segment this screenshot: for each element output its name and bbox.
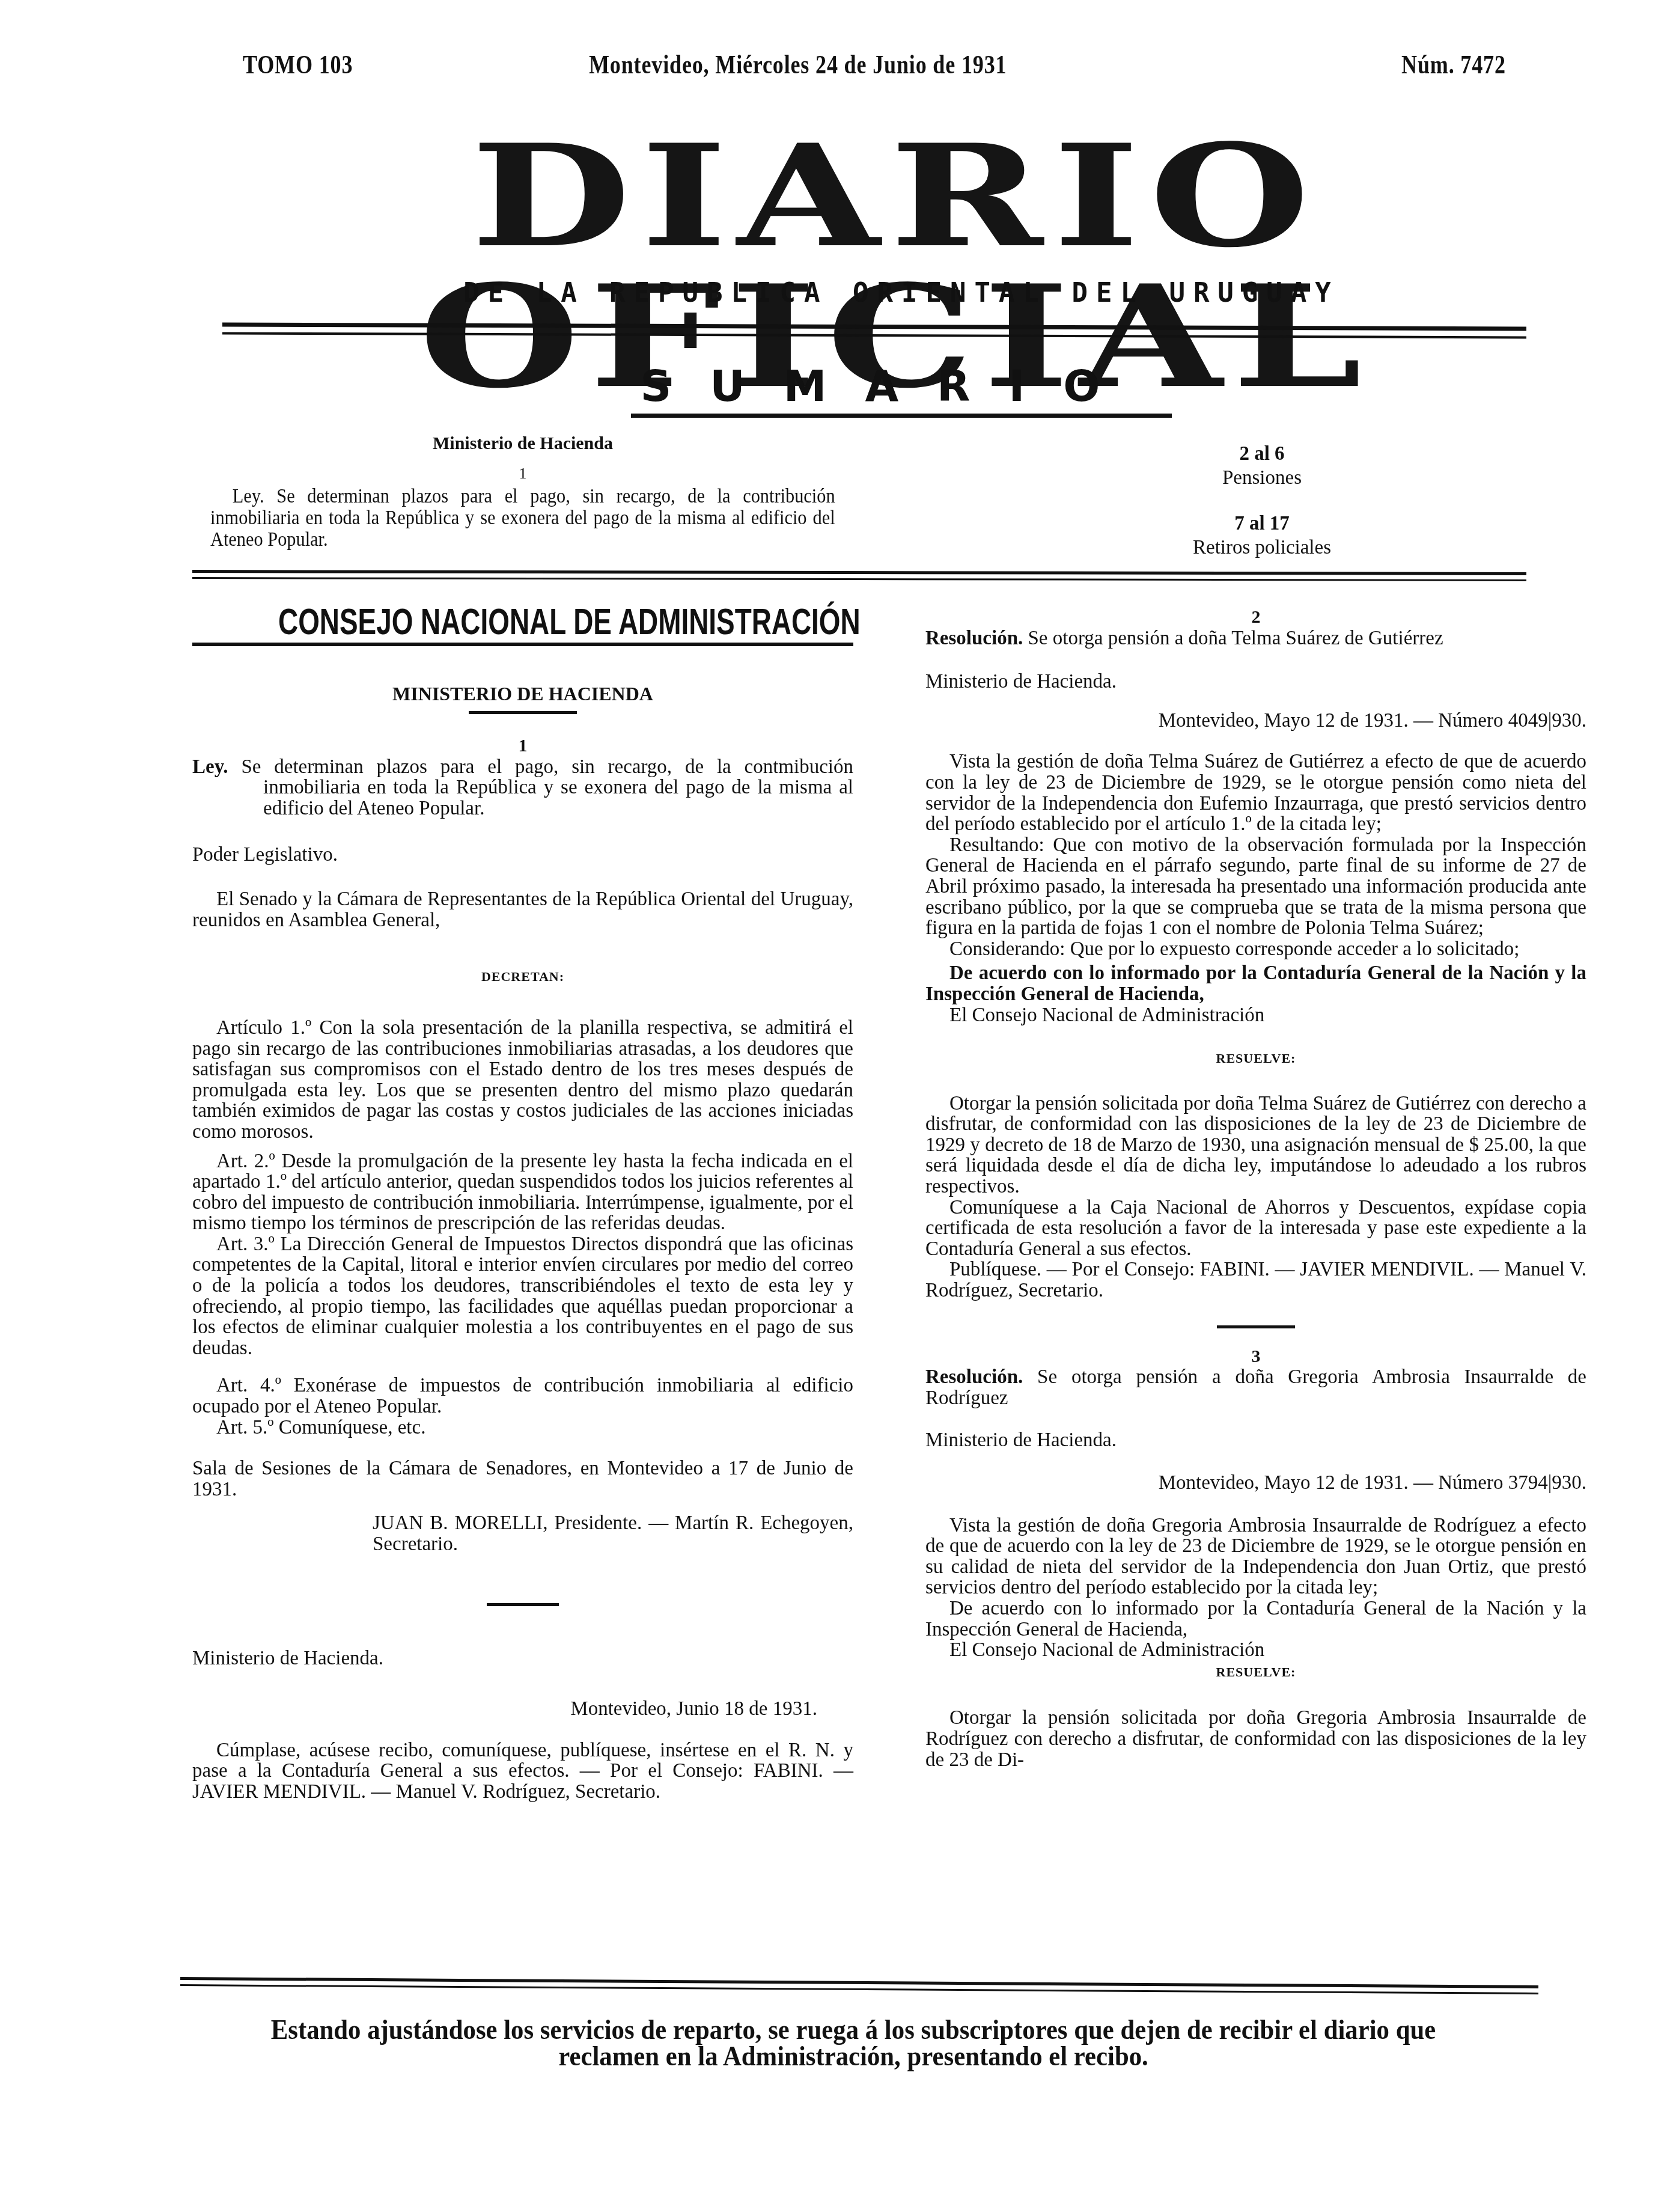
summary-range-label: Pensiones — [1142, 466, 1382, 490]
ministry-line: Ministerio de Hacienda. — [925, 1430, 1586, 1451]
resolution-label: Resolución. — [925, 1366, 1023, 1388]
consejo-line: El Consejo Nacional de Administración — [925, 1005, 1586, 1026]
ley-summary: Ley. Se determinan plazos para el pago, … — [192, 757, 853, 819]
summary-item-text: Ley. Se determinan plazos para el pago, … — [210, 486, 835, 551]
sala-sesiones: Sala de Sesiones de la Cámara de Senador… — [192, 1458, 853, 1500]
date-line: Montevideo, Mayo 12 de 1931. — Número 40… — [925, 710, 1586, 732]
volume-number: TOMO 103 — [243, 49, 353, 80]
ministry-heading-rule — [469, 711, 577, 714]
divider — [487, 1603, 559, 1606]
otorgar-paragraph: Otorgar la pensión solicitada por doña T… — [925, 1093, 1586, 1197]
summary-item-number: 1 — [210, 463, 835, 484]
signatures: JUAN B. MORELLI, Presidente. — Martín R.… — [192, 1513, 853, 1554]
article: Artículo 1.º Con la sola presentación de… — [192, 1018, 853, 1143]
ministry-line: Ministerio de Hacienda. — [192, 1648, 853, 1669]
right-column: 2 Resolución. Se otorga pensión a doña T… — [925, 601, 1586, 1770]
date-line: Montevideo, Mayo 12 de 1931. — Número 37… — [925, 1473, 1586, 1494]
issue-date: Montevideo, Miércoles 24 de Junio de 193… — [589, 49, 1007, 80]
comuniquese-paragraph: Comuníquese a la Caja Nacional de Ahorro… — [925, 1197, 1586, 1260]
ministry-heading: MINISTERIO DE HACIENDA — [192, 683, 853, 704]
summary-range-label: Retiros policiales — [1142, 536, 1382, 560]
resuelve-heading: RESUELVE: — [925, 1662, 1586, 1683]
article: Art. 2.º Desde la promulgación de la pre… — [192, 1151, 853, 1234]
summary-title: SUMARIO — [601, 361, 1178, 411]
resolution-number: 3 — [925, 1346, 1586, 1367]
resolution-title-text: Se otorga pensión a doña Gregoria Ambros… — [925, 1366, 1586, 1409]
decretan-heading: DECRETAN: — [192, 967, 853, 988]
date-line: Montevideo, Junio 18 de 1931. — [192, 1699, 853, 1720]
summary-ministry: Ministerio de Hacienda — [210, 433, 835, 454]
footer-notice-line: reclamen en la Administración, presentan… — [227, 2043, 1479, 2070]
summary-rule — [631, 414, 1172, 418]
resolution-title: Resolución. Se otorga pensión a doña Gre… — [925, 1367, 1586, 1408]
resolution-title: Resolución. Se otorga pensión a doña Tel… — [925, 628, 1586, 649]
considerando-paragraph: Considerando: Que por lo expuesto corres… — [925, 939, 1586, 960]
section-rule — [192, 643, 853, 646]
acuerdo-paragraph: De acuerdo con lo informado por la Conta… — [925, 1598, 1586, 1640]
article: Art. 5.º Comuníquese, etc. — [192, 1417, 853, 1438]
issue-number: Núm. 7472 — [1401, 49, 1506, 80]
preamble: El Senado y la Cámara de Representantes … — [192, 889, 853, 930]
summary-range: 7 al 17 — [1142, 512, 1382, 536]
vista-paragraph: Vista la gestión de doña Telma Suárez de… — [925, 751, 1586, 834]
ministry-line: Ministerio de Hacienda. — [925, 671, 1586, 692]
otorgar-paragraph: Otorgar la pensión solicitada por doña G… — [925, 1708, 1586, 1770]
poder-legislativo: Poder Legislativo. — [192, 845, 853, 866]
summary-range: 2 al 6 — [1142, 442, 1382, 466]
resolution-title-text: Se otorga pensión a doña Telma Suárez de… — [1028, 628, 1443, 649]
acuerdo-paragraph: De acuerdo con lo informado por la Conta… — [925, 963, 1586, 1004]
masthead-subtitle: DE LA REPUBLICA ORIENTAL DEL URUGUAY — [421, 278, 1382, 308]
cumplase-text: Cúmplase, acúsese recibo, comuníquese, p… — [192, 1740, 853, 1803]
footer-notice-line: Estando ajustándose los servicios de rep… — [227, 2017, 1479, 2043]
footer-notice: Estando ajustándose los servicios de rep… — [227, 2017, 1479, 2070]
publiquese-paragraph: Publíquese. — Por el Consejo: FABINI. — … — [925, 1259, 1586, 1301]
vista-paragraph: Vista la gestión de doña Gregoria Ambros… — [925, 1515, 1586, 1598]
item-number: 1 — [192, 736, 853, 757]
section-title: CONSEJO NACIONAL DE ADMINISTRACIÓN — [278, 612, 767, 633]
summary-left: Ministerio de Hacienda 1 Ley. Se determi… — [210, 433, 835, 551]
resuelve-heading: RESUELVE: — [925, 1048, 1586, 1069]
divider — [1217, 1325, 1295, 1328]
consejo-line: El Consejo Nacional de Administración — [925, 1640, 1586, 1661]
article: Art. 3.º La Dirección General de Impuest… — [192, 1234, 853, 1359]
resultando-paragraph: Resultando: Que con motivo de la observa… — [925, 835, 1586, 939]
ley-label: Ley. — [192, 756, 228, 778]
summary-right: 2 al 6 Pensiones 7 al 17 Retiros policia… — [1142, 442, 1382, 581]
article: Art. 4.º Exonérase de impuestos de contr… — [192, 1375, 853, 1417]
resolution-label: Resolución. — [925, 628, 1023, 649]
left-column: CONSEJO NACIONAL DE ADMINISTRACIÓN MINIS… — [192, 601, 853, 1803]
resolution-number: 2 — [925, 607, 1586, 628]
ley-text: Se determinan plazos para el pago, sin r… — [241, 756, 853, 819]
